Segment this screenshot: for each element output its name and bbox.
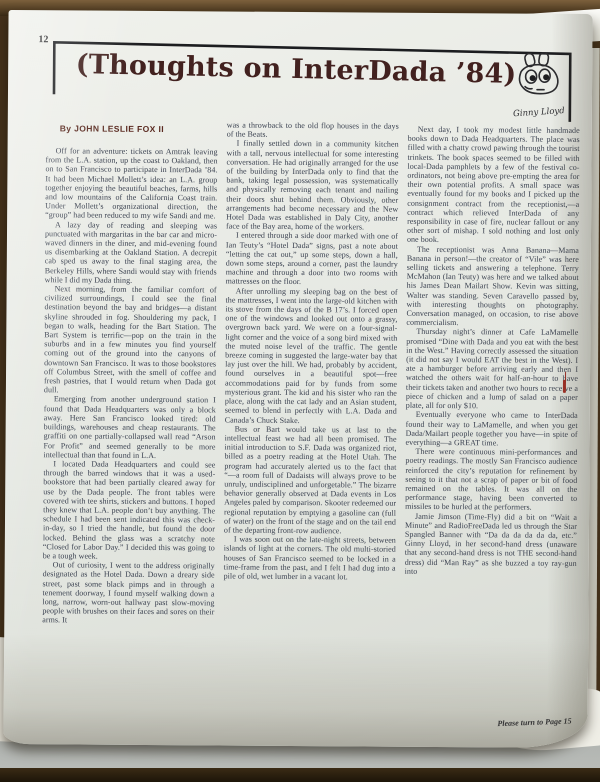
paragraph: I finally settled down in a community ki… bbox=[226, 139, 399, 232]
article-body: Off for an adventure: tickets on Amtrak … bbox=[42, 146, 579, 628]
scanned-magazine-photo: 12 (Thoughts on InterDada ’84) Ginny Llo… bbox=[0, 0, 600, 782]
paragraph: Thursday night’s dinner at Cafe LaMamell… bbox=[406, 327, 579, 411]
paragraph: Off for an adventure: tickets on Amtrak … bbox=[45, 146, 218, 221]
paragraph: Out of curiosity, I went to the address … bbox=[42, 560, 214, 626]
paragraph: Eventually everyone who came to InterDad… bbox=[406, 410, 578, 448]
continuation-note: Please turn to Page 15 bbox=[411, 716, 571, 731]
paragraph: Emerging from another underground statio… bbox=[43, 395, 215, 461]
column-1: Off for an adventure: tickets on Amtrak … bbox=[42, 146, 217, 626]
paragraph: I was soon out on the late-night streets… bbox=[224, 535, 396, 582]
paragraph: Next day, I took my modest little handma… bbox=[407, 125, 580, 246]
paragraph: There were continuous mini-performances … bbox=[405, 447, 577, 513]
rabbit-doodle-icon bbox=[512, 51, 566, 105]
paragraph: A lazy day of reading and sleeping was p… bbox=[45, 220, 217, 286]
desk-edge-shadow bbox=[0, 768, 600, 782]
paragraph: Bus or Bart would take us at last to the… bbox=[224, 424, 397, 536]
column-2: was a throwback to the old flop houses i… bbox=[223, 120, 399, 627]
paragraph: was a throwback to the old flop houses i… bbox=[227, 120, 399, 140]
paragraph: Jamie Jimson (Time-Fly) did a bit on “Wa… bbox=[405, 511, 577, 577]
red-ink-mark bbox=[563, 380, 566, 393]
paragraph: After unrolling my sleeping bag on the b… bbox=[225, 286, 398, 425]
column-3: Next day, I took my modest little handma… bbox=[404, 125, 580, 629]
paragraph: The receptionist was Anna Banana—Mama Ba… bbox=[406, 244, 579, 328]
paragraph: I located Dada Headquarters and could se… bbox=[43, 459, 216, 561]
paragraph: Next morning, from the familiar comfort … bbox=[44, 284, 217, 396]
byline: By JOHN LESLIE FOX II bbox=[60, 123, 164, 134]
paragraph: I entered through a side door marked wit… bbox=[226, 231, 398, 287]
magazine-page: 12 (Thoughts on InterDada ’84) Ginny Llo… bbox=[3, 10, 592, 748]
